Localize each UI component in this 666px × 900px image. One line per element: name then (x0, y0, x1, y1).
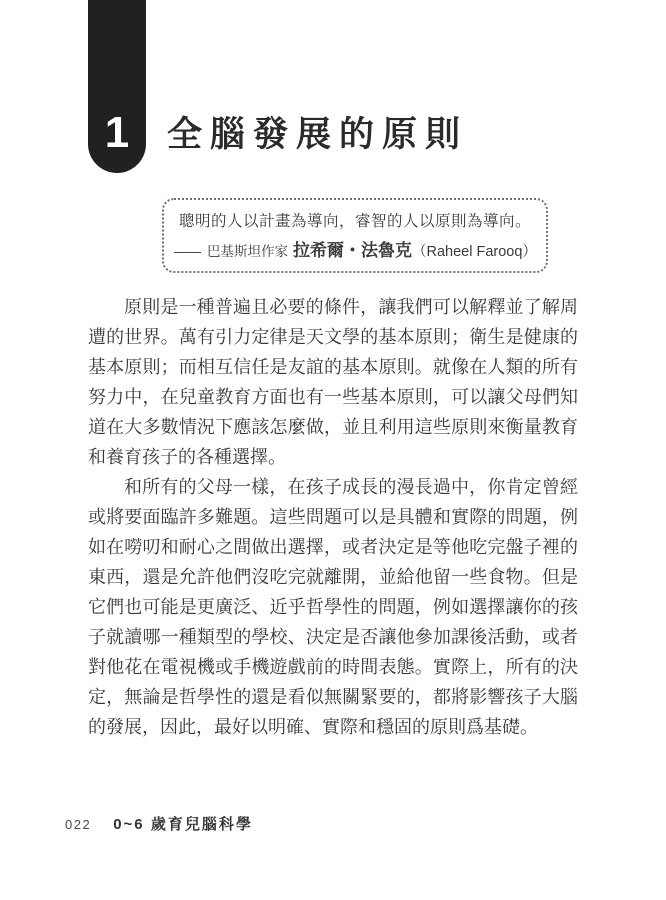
quote-text: 聰明的人以計畫為導向，睿智的人以原則為導向。 (174, 209, 536, 231)
chapter-title: 全腦發展的原則 (167, 107, 468, 157)
body-line: 子就讀哪一種類型的學校、決定是否讓他參加課後活動，或者 (88, 622, 578, 652)
attribution-role: 巴基斯坦作家 (207, 244, 288, 259)
paragraph-2: 和所有的父母一樣，在孩子成長的漫長過中，你肯定曾經 或將要面臨許多難題。這些問題… (88, 472, 578, 742)
book-page: 1 全腦發展的原則 聰明的人以計畫為導向，睿智的人以原則為導向。 ——巴基斯坦作… (0, 0, 666, 900)
body-line: 和養育孩子的各種選擇。 (88, 442, 578, 472)
epigraph-quote-box: 聰明的人以計畫為導向，睿智的人以原則為導向。 ——巴基斯坦作家拉希爾・法魯克（R… (162, 198, 548, 273)
body-line: 它們也可能是更廣泛、近乎哲學性的問題，例如選擇讓你的孩 (88, 592, 578, 622)
attribution-name: 拉希爾・法魯克 (293, 241, 412, 260)
page-footer: 022 0~6 歲育兒腦科學 (65, 813, 253, 834)
body-line: 如在嘮叨和耐心之間做出選擇，或者決定是等他吃完盤子裡的 (88, 532, 578, 562)
body-text: 原則是一種普遍且必要的條件，讓我們可以解釋並了解周 遭的世界。萬有引力定律是天文… (88, 292, 578, 742)
body-line: 和所有的父母一樣，在孩子成長的漫長過中，你肯定曾經 (88, 472, 578, 502)
page-number: 022 (65, 817, 91, 832)
body-line: 道在大多數情況下應該怎麼做，並且利用這些原則來衡量教育 (88, 412, 578, 442)
body-line: 對他花在電視機或手機遊戲前的時間表態。實際上，所有的決 (88, 652, 578, 682)
paragraph-1: 原則是一種普遍且必要的條件，讓我們可以解釋並了解周 遭的世界。萬有引力定律是天文… (88, 292, 578, 472)
body-line: 遭的世界。萬有引力定律是天文學的基本原則；衛生是健康的 (88, 322, 578, 352)
attribution-dash: —— (174, 243, 200, 259)
body-line: 原則是一種普遍且必要的條件，讓我們可以解釋並了解周 (88, 292, 578, 322)
body-line: 東西，還是允許他們沒吃完就離開，並給他留一些食物。但是 (88, 562, 578, 592)
body-line: 定，無論是哲學性的還是看似無關緊要的，都將影響孩子大腦 (88, 682, 578, 712)
body-line: 的發展，因此，最好以明確、實際和穩固的原則爲基礎。 (88, 712, 578, 742)
attribution-name-latin: （Raheel Farooq） (412, 244, 537, 260)
body-line: 努力中，在兒童教育方面也有一些基本原則，可以讓父母們知 (88, 382, 578, 412)
quote-attribution: ——巴基斯坦作家拉希爾・法魯克（Raheel Farooq） (174, 236, 536, 261)
chapter-number-tab: 1 (88, 0, 146, 173)
body-line: 基本原則；而相互信任是友誼的基本原則。就像在人類的所有 (88, 352, 578, 382)
book-title: 0~6 歲育兒腦科學 (113, 813, 253, 834)
chapter-number: 1 (105, 111, 129, 173)
body-line: 或將要面臨許多難題。這些問題可以是具體和實際的問題，例 (88, 502, 578, 532)
